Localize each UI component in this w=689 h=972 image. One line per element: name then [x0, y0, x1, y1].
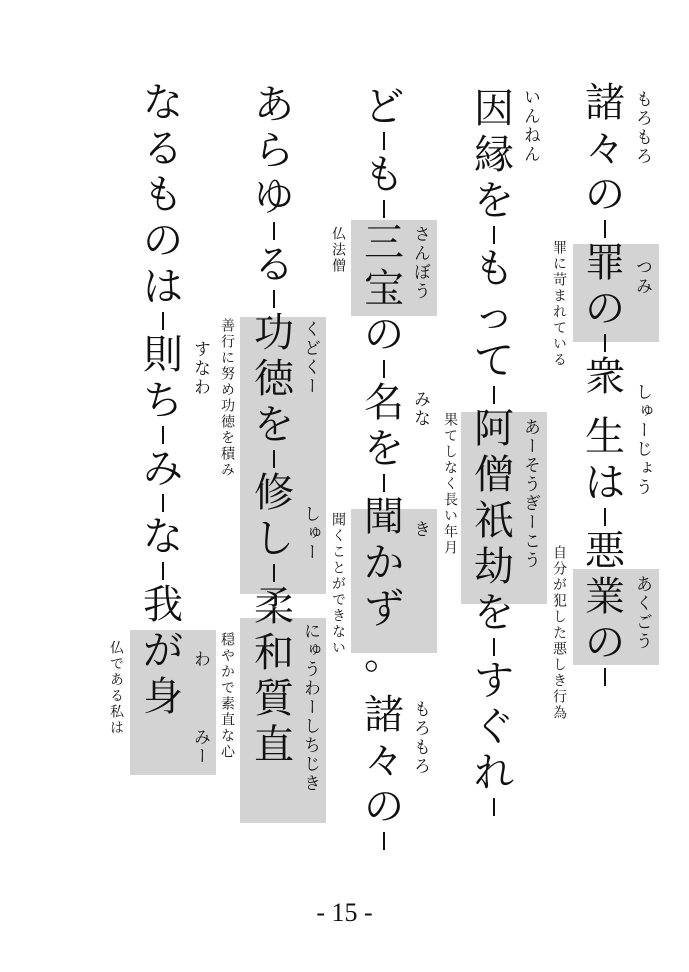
char: み: [141, 446, 185, 492]
char: 々: [583, 126, 627, 172]
char: 三: [362, 220, 406, 266]
text-column-2: 因 縁 を も っ て 阿 僧 祇 劫 を す ぐ れ: [472, 86, 516, 818]
char: 和: [252, 630, 296, 676]
char: 諸: [583, 80, 627, 126]
char: 。: [362, 632, 406, 678]
char: 諸: [362, 692, 406, 738]
char: を: [252, 402, 296, 448]
char: ぐ: [472, 704, 516, 750]
gloss-note: 自分が犯した悪しき行為: [550, 545, 568, 721]
pause-bar: [604, 668, 606, 686]
pause-bar: [604, 508, 606, 526]
char: も: [141, 172, 185, 218]
char: 罪: [583, 240, 627, 286]
text-column-4: あ ら ゆ る 功 徳 を 修 し 柔 和 質 直: [252, 82, 296, 768]
pause-bar: [383, 832, 385, 850]
char: 柔: [252, 584, 296, 630]
char: 修: [252, 470, 296, 516]
gloss-note: 穏やかで素直な心: [218, 632, 236, 760]
char: 祇: [472, 498, 516, 544]
char: 阿: [472, 406, 516, 452]
ruby-innen: いんねん: [520, 88, 540, 164]
gloss-note: 仏法僧: [329, 226, 347, 274]
ruby-nyuuwa-shichijiki: にゅうわーしちじき: [300, 622, 320, 793]
char: の: [583, 286, 627, 332]
char: し: [252, 516, 296, 562]
pause-bar: [493, 226, 495, 244]
char: を: [472, 590, 516, 636]
ruby-sunawa: すなわ: [190, 340, 210, 397]
ruby-morokoro: もろもろ: [410, 700, 430, 776]
char: 身: [141, 674, 185, 720]
text-column-5: な る も の は 則 ち み な 我 が 身: [141, 80, 185, 720]
pause-bar: [383, 132, 385, 150]
char: ず: [362, 586, 406, 632]
pause-bar: [273, 564, 275, 582]
char: も: [472, 246, 516, 292]
char: 直: [252, 722, 296, 768]
pause-bar: [273, 450, 275, 468]
char: 生: [583, 414, 627, 460]
ruby-tsumi: つみ: [632, 258, 652, 296]
char: 質: [252, 676, 296, 722]
gloss-note: 罪に苛まれている: [550, 240, 568, 368]
char: る: [252, 242, 296, 288]
char: 因: [472, 86, 516, 132]
char: 僧: [472, 452, 516, 498]
char: の: [583, 620, 627, 666]
ruby-wa: わ: [190, 650, 210, 669]
char: の: [141, 218, 185, 264]
char: 則: [141, 332, 185, 378]
ruby-morokoro: もろもろ: [632, 90, 652, 166]
char: っ: [472, 292, 516, 338]
pause-bar: [493, 638, 495, 656]
pause-bar: [162, 562, 164, 580]
char: 劫: [472, 544, 516, 590]
char: ち: [141, 378, 185, 424]
char: ゆ: [252, 174, 296, 220]
char: 々: [362, 738, 406, 784]
char: 功: [252, 310, 296, 356]
text-column-3: ど も 三 宝 の 名 を 聞 か ず 。 諸 々 の: [362, 84, 406, 852]
pause-bar: [273, 290, 275, 308]
char: な: [141, 80, 185, 126]
char: ら: [252, 128, 296, 174]
char: 名: [362, 380, 406, 426]
pause-bar: [383, 360, 385, 378]
char: の: [583, 172, 627, 218]
char: 徳: [252, 356, 296, 402]
char: の: [362, 312, 406, 358]
char: 縁: [472, 132, 516, 178]
ruby-kudoku: くどくー: [300, 320, 320, 396]
ruby-ki: き: [410, 520, 430, 539]
pause-bar: [162, 426, 164, 444]
char: ど: [362, 84, 406, 130]
ruby-asougikou: あーそうぎーこう: [520, 418, 540, 570]
char: も: [362, 152, 406, 198]
gloss-note: 果てしなく長い年月: [441, 412, 459, 556]
ruby-mi: みー: [190, 728, 210, 766]
pause-bar: [383, 200, 385, 218]
char: は: [583, 460, 627, 506]
char: を: [472, 178, 516, 224]
char: 宝: [362, 266, 406, 312]
ruby-sanbou: さんぼう: [410, 225, 430, 301]
page-number: - 15 -: [0, 898, 689, 928]
pause-bar: [493, 798, 495, 816]
pause-bar: [604, 334, 606, 352]
char: を: [362, 426, 406, 472]
char: の: [362, 784, 406, 830]
char: な: [141, 514, 185, 560]
char: 悪: [583, 528, 627, 574]
char: か: [362, 540, 406, 586]
text-column-1: 諸 々 の 罪 の 衆 生 は 悪 業 の: [583, 80, 627, 688]
gloss-note: 仏である私は: [107, 640, 125, 736]
pause-bar: [162, 312, 164, 330]
char: あ: [252, 82, 296, 128]
char: 聞: [362, 494, 406, 540]
gloss-note: 聞くことができない: [329, 512, 347, 656]
char: が: [141, 628, 185, 674]
char: る: [141, 126, 185, 172]
document-page: 諸 々 の 罪 の 衆 生 は 悪 業 の もろもろ つみ しゅーじょう あくご…: [0, 0, 689, 972]
char: 我: [141, 582, 185, 628]
pause-bar: [493, 386, 495, 404]
pause-bar: [383, 474, 385, 492]
char: は: [141, 264, 185, 310]
char: れ: [472, 750, 516, 796]
ruby-shujou: しゅーじょう: [632, 383, 652, 497]
gloss-note: 善行に努め功徳を積み: [218, 318, 236, 478]
char: 衆: [583, 354, 627, 400]
ruby-mina: みな: [410, 390, 430, 428]
char: す: [472, 658, 516, 704]
ruby-shu: しゅー: [300, 505, 320, 562]
pause-bar: [162, 494, 164, 512]
char: 業: [583, 574, 627, 620]
ruby-akugou: あくごう: [632, 575, 652, 651]
pause-bar: [604, 220, 606, 238]
char: て: [472, 338, 516, 384]
pause-bar: [273, 222, 275, 240]
